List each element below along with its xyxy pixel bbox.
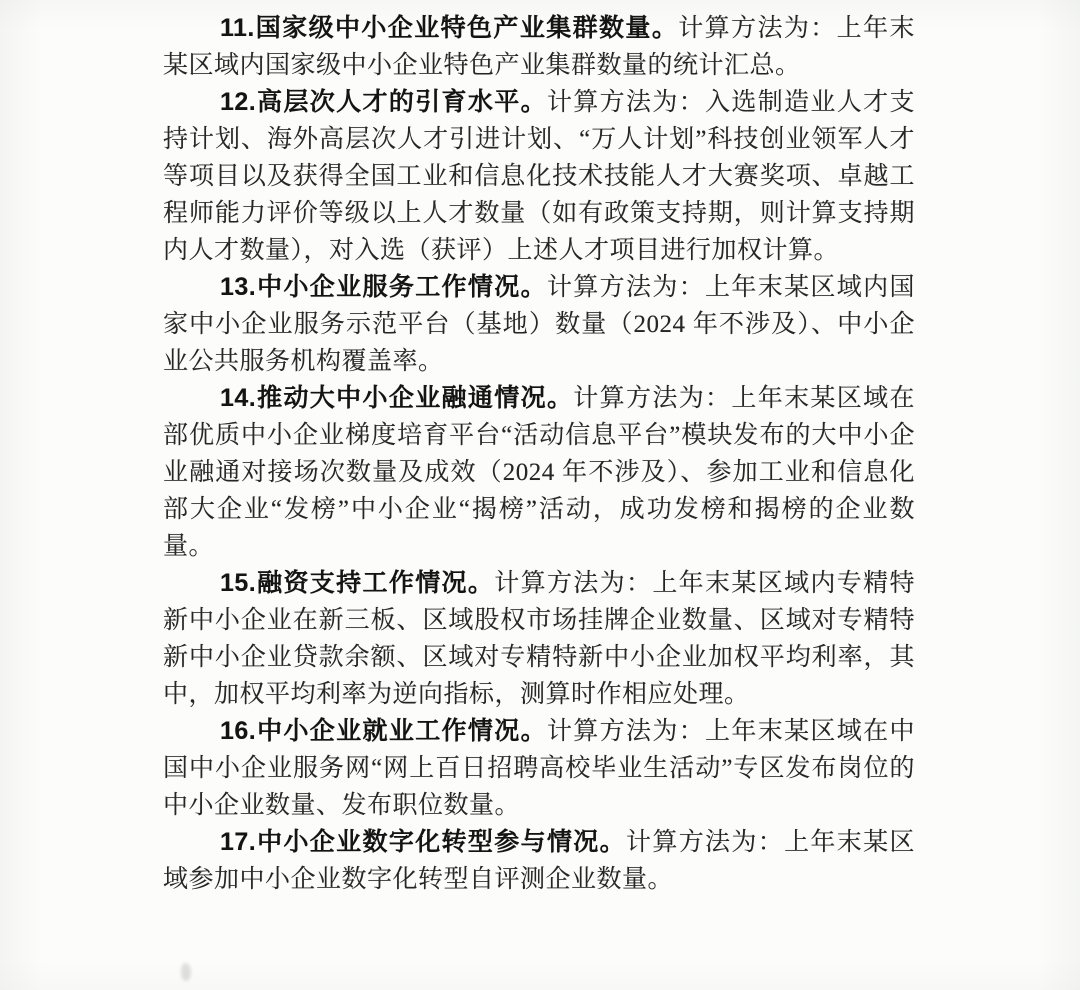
- paragraph-title: 推动大中小企业融通情况。: [256, 384, 573, 412]
- paragraph-heading: 15.融资支持工作情况。: [220, 569, 494, 597]
- paragraph-heading: 14.推动大中小企业融通情况。: [220, 384, 573, 412]
- paragraph-title: 高层次人才的引育水平。: [256, 88, 547, 116]
- paragraph-item-17: 17.中小企业数字化转型参与情况。计算方法为：上年末某区域参加中小企业数字化转型…: [163, 824, 915, 898]
- paragraph-item-12: 12.高层次人才的引育水平。计算方法为：入选制造业人才支持计划、海外高层次人才引…: [163, 84, 915, 269]
- paragraph-item-13: 13.中小企业服务工作情况。计算方法为：上年末某区域内国家中小企业服务示范平台（…: [163, 269, 915, 380]
- paragraph-number: 11.: [220, 14, 255, 42]
- paragraph-item-11: 11.国家级中小企业特色产业集群数量。计算方法为：上年末某区域内国家级中小企业特…: [163, 10, 915, 84]
- paragraph-number: 14.: [220, 384, 256, 412]
- paragraph-item-15: 15.融资支持工作情况。计算方法为：上年末某区域内专精特新中小企业在新三板、区域…: [163, 565, 915, 713]
- paragraph-number: 16.: [220, 717, 256, 745]
- paragraph-title: 国家级中小企业特色产业集群数量。: [255, 14, 678, 42]
- paragraph-title: 中小企业数字化转型参与情况。: [256, 828, 626, 856]
- paragraph-heading: 13.中小企业服务工作情况。: [220, 273, 547, 301]
- paragraph-heading: 17.中小企业数字化转型参与情况。: [220, 828, 626, 856]
- paragraph-heading: 12.高层次人才的引育水平。: [220, 88, 547, 116]
- paragraph-number: 12.: [220, 88, 256, 116]
- paragraph-item-16: 16.中小企业就业工作情况。计算方法为：上年末某区域在中国中小企业服务网“网上百…: [163, 713, 915, 824]
- paragraph-heading: 16.中小企业就业工作情况。: [220, 717, 547, 745]
- paragraph-number: 17.: [220, 828, 256, 856]
- paragraph-title: 融资支持工作情况。: [256, 569, 494, 597]
- scan-smudge-artifact: [181, 963, 191, 981]
- paragraph-title: 中小企业服务工作情况。: [256, 273, 547, 301]
- paragraph-title: 中小企业就业工作情况。: [256, 717, 547, 745]
- document-text-block: 11.国家级中小企业特色产业集群数量。计算方法为：上年末某区域内国家级中小企业特…: [163, 10, 915, 898]
- scanned-document-page: 11.国家级中小企业特色产业集群数量。计算方法为：上年末某区域内国家级中小企业特…: [0, 0, 1080, 990]
- paragraph-item-14: 14.推动大中小企业融通情况。计算方法为：上年末某区域在部优质中小企业梯度培育平…: [163, 380, 915, 565]
- paragraph-number: 15.: [220, 569, 256, 597]
- paragraph-heading: 11.国家级中小企业特色产业集群数量。: [220, 14, 678, 42]
- paragraph-number: 13.: [220, 273, 256, 301]
